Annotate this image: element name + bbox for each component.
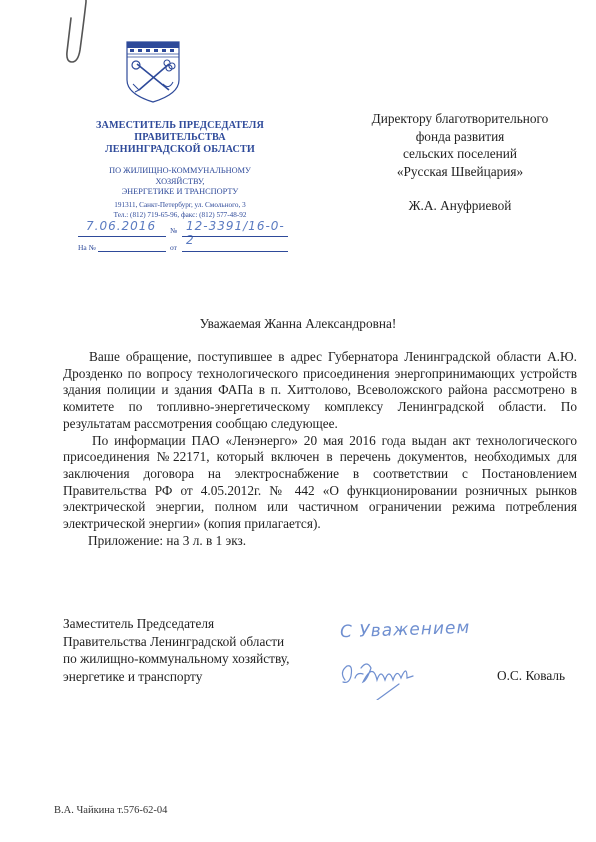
signer-title-line: Заместитель Председателя: [63, 615, 323, 633]
body-paragraph: Ваше обращение, поступившее в адрес Губе…: [63, 349, 577, 433]
registration-number-label: №: [170, 226, 177, 235]
signer-name: О.С. Коваль: [497, 668, 565, 684]
letterhead-subtitle-line: ХОЗЯЙСТВУ,: [60, 177, 300, 188]
number-underline: [182, 236, 288, 237]
letterhead-subtitle-line: ЭНЕРГЕТИКЕ И ТРАНСПОРТУ: [60, 187, 300, 198]
coat-of-arms-icon: [125, 40, 181, 104]
registration-date: 7.06.2016: [86, 219, 156, 233]
reply-number-label: На №: [78, 243, 96, 252]
signer-title-line: энергетике и транспорту: [63, 668, 323, 686]
addressee-block: Директору благотворительного фонда разви…: [340, 110, 580, 215]
date-underline: [78, 236, 166, 237]
addressee-name: Ж.А. Ануфриевой: [340, 197, 580, 215]
addressee-line: «Русская Швейцария»: [340, 163, 580, 181]
addressee-line: фонда развития: [340, 128, 580, 146]
greeting: Уважаемая Жанна Александровна!: [0, 316, 596, 332]
reply-to-line: На № от: [78, 243, 288, 255]
body-paragraph: По информации ПАО «Ленэнерго» 20 мая 201…: [63, 433, 577, 533]
reply-date-label: от: [170, 243, 177, 252]
reply-number-underline: [98, 251, 166, 252]
letterhead-title-line: ПРАВИТЕЛЬСТВА: [60, 132, 300, 144]
letterhead-title-line: ЗАМЕСТИТЕЛЬ ПРЕДСЕДАТЕЛЯ: [60, 120, 300, 132]
paperclip-icon: [62, 0, 102, 70]
letterhead-address: 191311, Санкт-Петербург, ул. Смольного, …: [60, 201, 300, 211]
letterhead-subtitle-line: ПО ЖИЛИЩНО-КОММУНАЛЬНОМУ: [60, 166, 300, 177]
letterhead-title: ЗАМЕСТИТЕЛЬ ПРЕДСЕДАТЕЛЯ ПРАВИТЕЛЬСТВА Л…: [60, 120, 300, 156]
signer-title-line: Правительства Ленинградской области: [63, 633, 323, 651]
addressee-line: Директору благотворительного: [340, 110, 580, 128]
letterhead-subtitle: ПО ЖИЛИЩНО-КОММУНАЛЬНОМУ ХОЗЯЙСТВУ, ЭНЕР…: [60, 166, 300, 198]
registration-line: 7.06.2016 № 12-3391/16-0-2: [78, 222, 288, 240]
letterhead-contacts: 191311, Санкт-Петербург, ул. Смольного, …: [60, 201, 300, 220]
executor-contact: В.А. Чайкина т.576-62-04: [54, 805, 167, 816]
letterhead-title-line: ЛЕНИНГРАДСКОЙ ОБЛАСТИ: [60, 144, 300, 156]
signer-title: Заместитель Председателя Правительства Л…: [63, 615, 323, 685]
letter-body: Ваше обращение, поступившее в адрес Губе…: [63, 349, 577, 549]
reply-date-underline: [182, 251, 288, 252]
signer-title-line: по жилищно-коммунальному хозяйству,: [63, 650, 323, 668]
handwritten-greeting: С Уважением: [340, 618, 471, 643]
addressee-line: сельских поселений: [340, 145, 580, 163]
appendix-note: Приложение: на 3 л. в 1 экз.: [63, 533, 577, 550]
signature-icon: [337, 650, 477, 700]
